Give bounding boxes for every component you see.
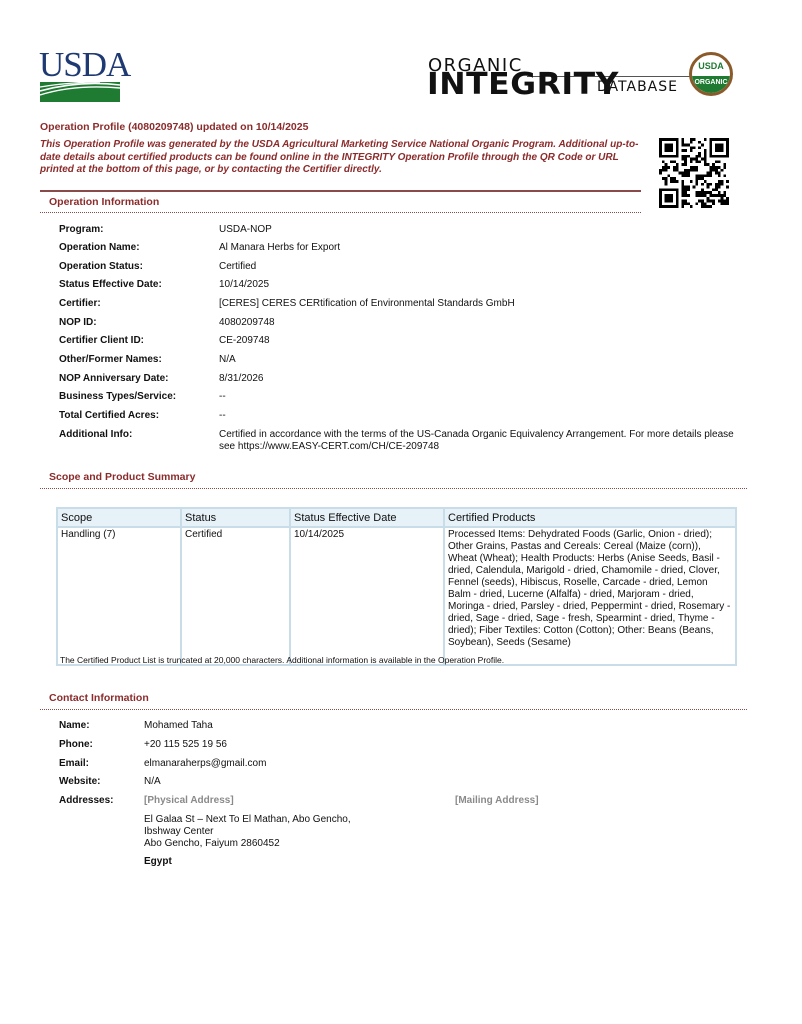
- address-line: Abo Gencho, Faiyum 2860452: [144, 838, 351, 850]
- truncation-note: The Certified Product List is truncated …: [60, 655, 504, 665]
- field-value: N/A: [219, 354, 739, 366]
- cell-scope: Handling (7): [57, 527, 181, 665]
- contact-website-label: Website:: [59, 776, 139, 788]
- section-title-operation-information: Operation Information: [49, 196, 159, 208]
- seal-band-text: ORGANIC: [692, 76, 730, 93]
- section-divider: [40, 488, 747, 489]
- field-label: Operation Name:: [59, 242, 209, 254]
- address-line: Ibshway Center: [144, 826, 351, 838]
- contact-phone-value[interactable]: +20 115 525 19 56: [144, 739, 227, 751]
- address-line: El Galaa St – Next To El Mathan, Abo Gen…: [144, 814, 351, 826]
- field-label: Total Certified Acres:: [59, 410, 209, 422]
- cell-status: Certified: [181, 527, 290, 665]
- field-label: NOP ID:: [59, 317, 209, 329]
- field-label: Other/Former Names:: [59, 354, 209, 366]
- contact-email-label: Email:: [59, 758, 139, 770]
- field-value: --: [219, 391, 739, 403]
- contact-name-label: Name:: [59, 720, 139, 732]
- organic-integrity-database-logo: ORGANIC INTEGRITY DATABASE USDA ORGANIC: [427, 52, 737, 102]
- field-value: USDA-NOP: [219, 224, 739, 236]
- header-divider: [40, 190, 641, 192]
- field-label: Operation Status:: [59, 261, 209, 273]
- usda-field-icon: [40, 82, 120, 102]
- address-country: Egypt: [144, 856, 172, 867]
- field-value: 4080209748: [219, 317, 739, 329]
- contact-email-value[interactable]: elmanaraherps@gmail.com: [144, 758, 266, 770]
- section-divider: [40, 212, 641, 213]
- field-value: 8/31/2026: [219, 373, 739, 385]
- contact-website-value: N/A: [144, 776, 161, 788]
- logo-database-text: DATABASE: [597, 79, 678, 95]
- cell-effective-date: 10/14/2025: [290, 527, 444, 665]
- table-header-row: Scope Status Status Effective Date Certi…: [57, 508, 736, 527]
- logo-integrity-text: INTEGRITY: [427, 67, 619, 102]
- contact-phone-label: Phone:: [59, 739, 139, 751]
- column-header-status: Status: [181, 508, 290, 527]
- field-value: --: [219, 410, 739, 422]
- usda-logo: USDA: [39, 47, 121, 103]
- usda-logo-text: USDA: [39, 47, 121, 82]
- profile-intro: This Operation Profile was generated by …: [40, 139, 645, 177]
- field-value: [CERES] CERES CERtification of Environme…: [219, 298, 739, 310]
- field-label: Program:: [59, 224, 209, 236]
- profile-title: Operation Profile (4080209748) updated o…: [40, 121, 308, 133]
- contact-addresses-label: Addresses:: [59, 795, 139, 807]
- table-row: Handling (7) Certified 10/14/2025 Proces…: [57, 527, 736, 665]
- section-title-scope-summary: Scope and Product Summary: [49, 471, 195, 483]
- field-value: Certified: [219, 261, 739, 273]
- cell-certified-products: Processed Items: Dehydrated Foods (Garli…: [444, 527, 736, 665]
- physical-address-label: [Physical Address]: [144, 795, 234, 807]
- section-title-contact-information: Contact Information: [49, 692, 149, 704]
- section-divider: [40, 709, 747, 710]
- field-label: Certifier:: [59, 298, 209, 310]
- field-label: Business Types/Service:: [59, 391, 209, 403]
- mailing-address-label: [Mailing Address]: [455, 795, 539, 807]
- field-label: Certifier Client ID:: [59, 335, 209, 347]
- field-label: Additional Info:: [59, 429, 209, 441]
- field-label: Status Effective Date:: [59, 279, 209, 291]
- qr-code-icon[interactable]: [659, 138, 729, 208]
- column-header-scope: Scope: [57, 508, 181, 527]
- scope-product-table: Scope Status Status Effective Date Certi…: [56, 507, 737, 666]
- field-label: NOP Anniversary Date:: [59, 373, 209, 385]
- field-value: CE-209748: [219, 335, 739, 347]
- seal-top-text: USDA: [692, 61, 730, 71]
- usda-organic-seal-icon: USDA ORGANIC: [689, 52, 733, 96]
- contact-name-value: Mohamed Taha: [144, 720, 213, 732]
- physical-address: El Galaa St – Next To El Mathan, Abo Gen…: [144, 814, 351, 850]
- column-header-certified-products: Certified Products: [444, 508, 736, 527]
- column-header-effective-date: Status Effective Date: [290, 508, 444, 527]
- field-value: Al Manara Herbs for Export: [219, 242, 739, 254]
- field-value: Certified in accordance with the terms o…: [219, 429, 739, 453]
- field-value: 10/14/2025: [219, 279, 739, 291]
